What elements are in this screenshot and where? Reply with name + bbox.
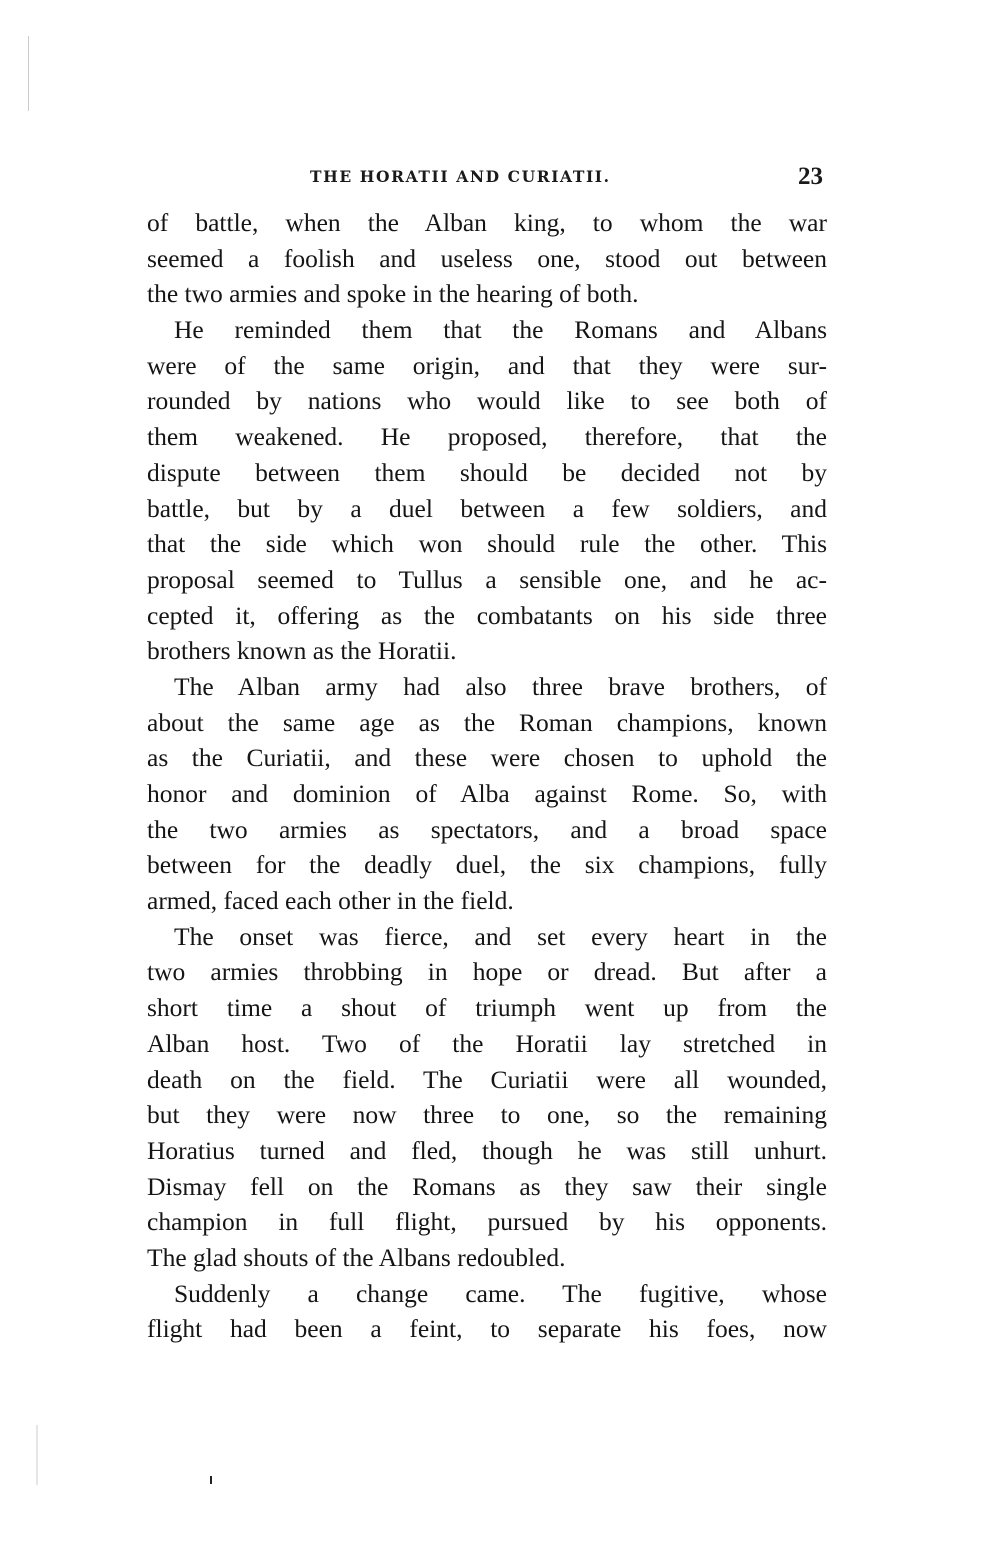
text-line: them weakened. He proposed, therefore, t… <box>147 419 827 455</box>
text-line: armed, faced each other in the field. <box>147 883 827 919</box>
text-line: the two armies and spoke in the hearing … <box>147 276 827 312</box>
text-line: the two armies as spectators, and a broa… <box>147 812 827 848</box>
scan-artifact <box>210 1476 212 1484</box>
text-line: dispute between them should be decided n… <box>147 455 827 491</box>
chapter-title: THE HORATII AND CURIATII. <box>310 167 611 186</box>
body-text: of battle, when the Alban king, to whom … <box>147 205 827 1347</box>
text-line: honor and dominion of Alba against Rome.… <box>147 776 827 812</box>
text-line: He reminded them that the Romans and Alb… <box>147 312 827 348</box>
text-line: short time a shout of triumph went up fr… <box>147 990 827 1026</box>
text-line: seemed a foolish and useless one, stood … <box>147 241 827 277</box>
text-line: Alban host. Two of the Horatii lay stret… <box>147 1026 827 1062</box>
text-line: battle, but by a duel between a few sold… <box>147 491 827 527</box>
text-line: rounded by nations who would like to see… <box>147 383 827 419</box>
paragraph: of battle, when the Alban king, to whom … <box>147 205 827 312</box>
text-line: that the side which won should rule the … <box>147 526 827 562</box>
text-line: cepted it, offering as the combatants on… <box>147 598 827 634</box>
book-page: THE HORATII AND CURIATII. 23 of battle, … <box>0 0 1000 1551</box>
text-line: Suddenly a change came. The fugitive, wh… <box>147 1276 827 1312</box>
text-line: champion in full flight, pursued by his … <box>147 1204 827 1240</box>
text-line: as the Curiatii, and these were chosen t… <box>147 740 827 776</box>
page-number: 23 <box>798 163 823 191</box>
text-line: of battle, when the Alban king, to whom … <box>147 205 827 241</box>
text-line: The onset was fierce, and set every hear… <box>147 919 827 955</box>
paragraph: The onset was fierce, and set every hear… <box>147 919 827 1276</box>
text-line: proposal seemed to Tullus a sensible one… <box>147 562 827 598</box>
scan-artifact <box>36 1425 38 1485</box>
text-line: Dismay fell on the Romans as they saw th… <box>147 1169 827 1205</box>
text-line: between for the deadly duel, the six cha… <box>147 847 827 883</box>
text-line: brothers known as the Horatii. <box>147 633 827 669</box>
paragraph: Suddenly a change came. The fugitive, wh… <box>147 1276 827 1347</box>
text-line: were of the same origin, and that they w… <box>147 348 827 384</box>
text-line: about the same age as the Roman champion… <box>147 705 827 741</box>
text-line: The Alban army had also three brave brot… <box>147 669 827 705</box>
paragraph: He reminded them that the Romans and Alb… <box>147 312 827 669</box>
text-line: two armies throbbing in hope or dread. B… <box>147 954 827 990</box>
paragraph: The Alban army had also three brave brot… <box>147 669 827 919</box>
running-header: THE HORATII AND CURIATII. 23 <box>147 163 827 193</box>
text-line: but they were now three to one, so the r… <box>147 1097 827 1133</box>
scan-artifact <box>28 36 29 111</box>
text-line: flight had been a feint, to separate his… <box>147 1311 827 1347</box>
text-line: The glad shouts of the Albans redoubled. <box>147 1240 827 1276</box>
text-line: death on the field. The Curiatii were al… <box>147 1062 827 1098</box>
text-line: Horatius turned and fled, though he was … <box>147 1133 827 1169</box>
